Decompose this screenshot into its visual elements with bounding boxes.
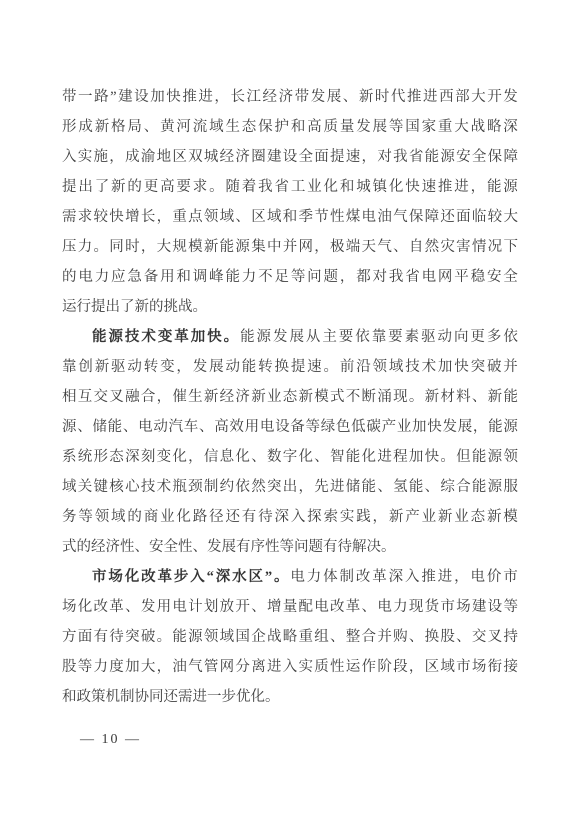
- text-line: 靠创新驱动转变，发展动能转换提速。前沿领域技术加快突破并: [62, 352, 518, 382]
- text-line: 股等力度加大，油气管网分离进入实质性运作阶段，区域市场衔接: [62, 652, 518, 682]
- text-line: 形成新格局、黄河流域生态保护和高质量发展等国家重大战略深: [62, 112, 518, 142]
- text-line: 源、储能、电动汽车、高效用电设备等绿色低碳产业加快发展，能源: [62, 412, 518, 442]
- text-line: 式的经济性、安全性、发展有序性等问题有待解决。: [62, 532, 518, 562]
- text-line: 压力。同时，大规模新能源集中并网，极端天气、自然灾害情况下: [62, 232, 518, 262]
- document-body: 带一路”建设加快推进，长江经济带发展、新时代推进西部大开发形成新格局、黄河流域生…: [62, 82, 518, 712]
- text-line: 方面有待突破。能源领域国企战略重组、整合并购、换股、交叉持: [62, 622, 518, 652]
- text-line: 系统形态深刻变化，信息化、数字化、智能化进程加快。但能源领: [62, 442, 518, 472]
- text-line: 能源技术变革加快。能源发展从主要依靠要素驱动向更多依: [62, 322, 518, 352]
- text-line: 需求较快增长，重点领域、区域和季节性煤电油气保障还面临较大: [62, 202, 518, 232]
- text-line: 相互交叉融合，催生新经济新业态新模式不断涌现。新材料、新能: [62, 382, 518, 412]
- text-line: 运行提出了新的挑战。: [62, 292, 518, 322]
- text-line: 的电力应急备用和调峰能力不足等问题，都对我省电网平稳安全: [62, 262, 518, 292]
- document-page: 带一路”建设加快推进，长江经济带发展、新时代推进西部大开发形成新格局、黄河流域生…: [0, 0, 580, 820]
- page-footer: — 10 —: [80, 730, 141, 750]
- text-line: 市场化改革步入“深水区”。电力体制改革深入推进，电价市: [62, 562, 518, 592]
- text-line: 入实施，成渝地区双城经济圈建设全面提速，对我省能源安全保障: [62, 142, 518, 172]
- text-line: 务等领域的商业化路径还有待深入探索实践，新产业新业态新模: [62, 502, 518, 532]
- text-line: 场化改革、发用电计划放开、增量配电改革、电力现货市场建设等: [62, 592, 518, 622]
- text-line: 提出了新的更高要求。随着我省工业化和城镇化快速推进，能源: [62, 172, 518, 202]
- text-line: 带一路”建设加快推进，长江经济带发展、新时代推进西部大开发: [62, 82, 518, 112]
- page-number: — 10 —: [80, 732, 141, 747]
- text-line: 和政策机制协同还需进一步优化。: [62, 682, 518, 712]
- text-line: 域关键核心技术瓶颈制约依然突出，先进储能、氢能、综合能源服: [62, 472, 518, 502]
